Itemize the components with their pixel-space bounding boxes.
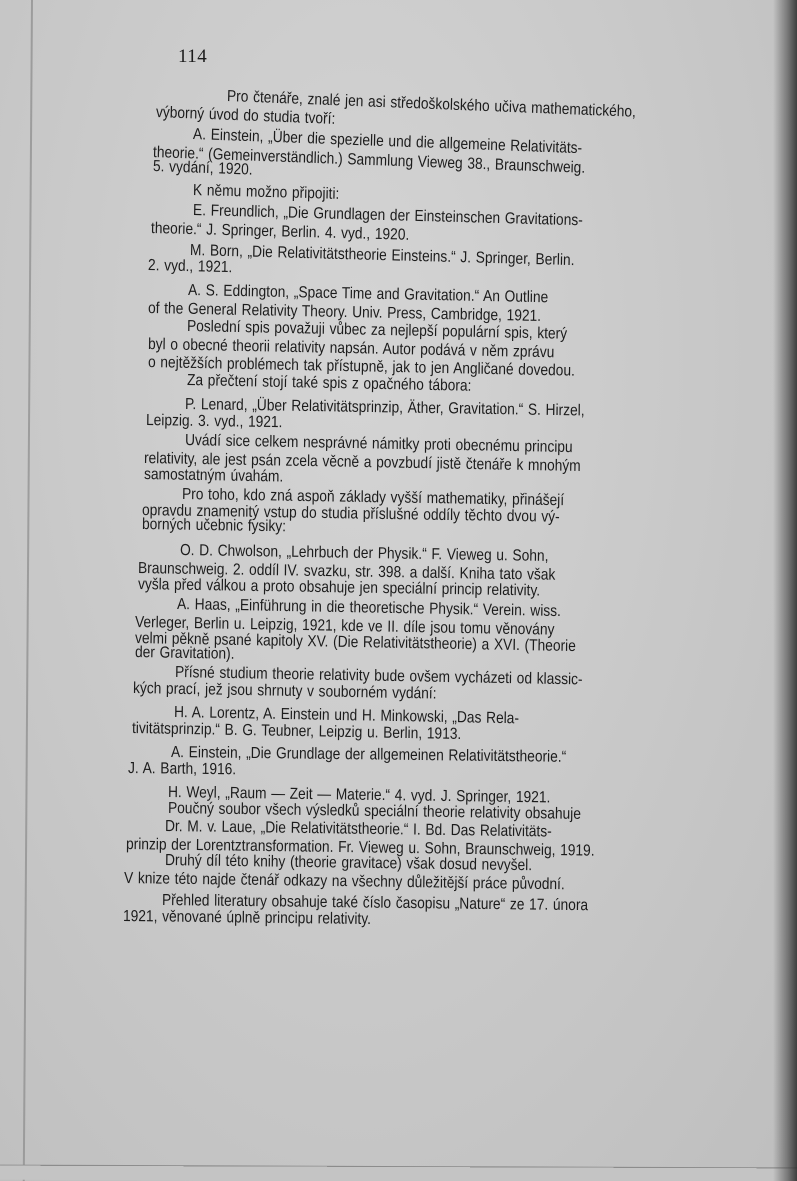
text-line: Leipzig. 3. vyd., 1921. <box>146 412 283 432</box>
page-number: 114 <box>178 46 207 68</box>
text-line: der Gravitation). <box>135 644 235 664</box>
text-line: M. Born, „Die Relativitätstheorie Einste… <box>190 242 575 270</box>
binding-shadow <box>773 0 797 1181</box>
text-line: 2. vyd., 1921. <box>148 257 233 277</box>
text-line: 1921, věnované úplně principu relativity… <box>123 908 371 929</box>
text-line: 5. vydání, 1920. <box>153 158 253 180</box>
page-bottom-edge <box>0 1165 797 1181</box>
scanned-page: 114 Pro čtenáře, znalé jen asi středoško… <box>0 0 797 1181</box>
text-line: J. A. Barth, 1916. <box>128 760 236 779</box>
page-fold-line <box>23 0 33 1181</box>
text-line: K němu možno připojiti: <box>193 182 340 204</box>
text-line: borných učebnic fysiky: <box>142 516 286 536</box>
text-line: samostatným úvahám. <box>144 466 284 487</box>
